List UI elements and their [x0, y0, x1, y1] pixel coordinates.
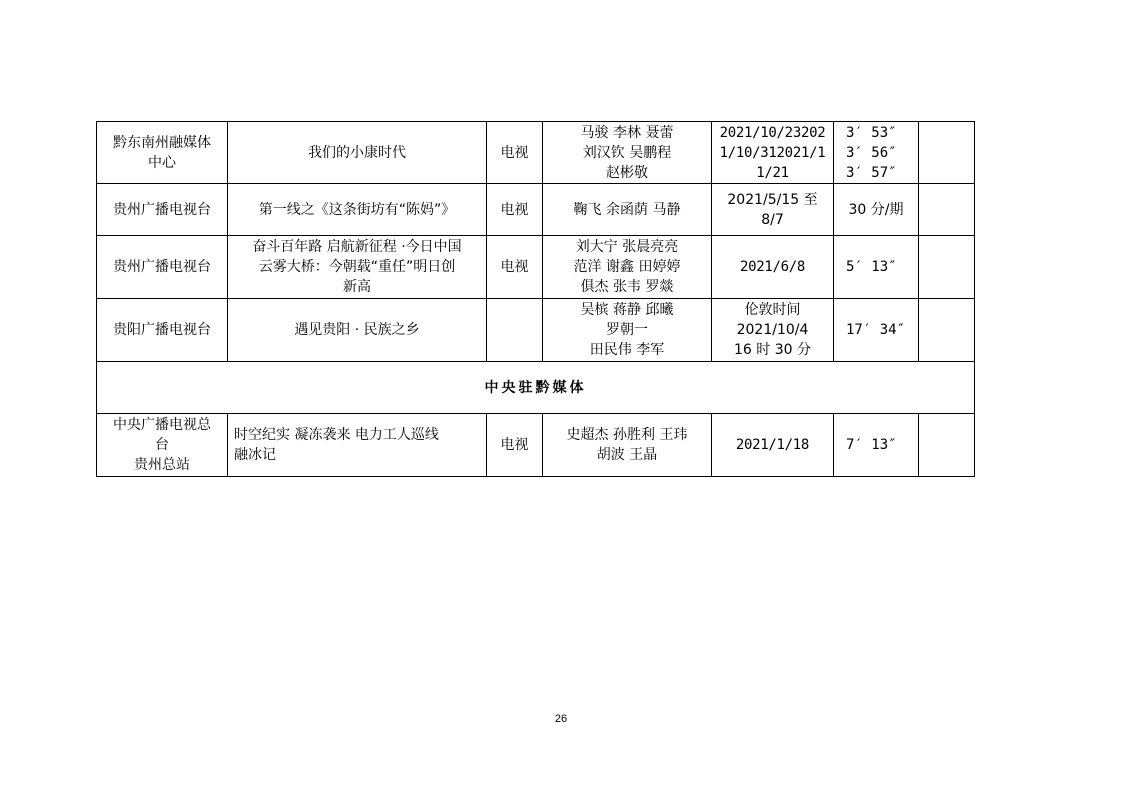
unit-cell: 黔东南州融媒体 中心: [97, 122, 228, 184]
page-number: 26: [0, 713, 1122, 725]
document-page: 黔东南州融媒体 中心 我们的小康时代 电视 马骏 李林 聂蕾 刘汉钦 吴鹏程 赵…: [0, 0, 1122, 793]
title-cell: 遇见贵阳 · 民族之乡: [228, 299, 487, 362]
unit-cell: 贵州广播电视台: [97, 184, 228, 236]
title-cell: 时空纪实 凝冻袭来 电力工人巡线 融冰记: [228, 414, 487, 477]
creators-cell: 鞠飞 余函荫 马静: [543, 184, 712, 236]
table-row: 黔东南州融媒体 中心 我们的小康时代 电视 马骏 李林 聂蕾 刘汉钦 吴鹏程 赵…: [97, 122, 975, 184]
unit-cell: 贵州广播电视台: [97, 236, 228, 299]
duration-cell: 5′ 13″: [834, 236, 919, 299]
duration-cell: 3′ 53″ 3′ 56″ 3′ 57″: [834, 122, 919, 184]
section-header: 中央驻黔媒体: [97, 362, 975, 414]
remark-cell: [919, 299, 975, 362]
remark-cell: [919, 122, 975, 184]
table-row: 中央广播电视总 台 贵州总站 时空纪实 凝冻袭来 电力工人巡线 融冰记 电视 史…: [97, 414, 975, 477]
category-cell: [487, 299, 543, 362]
creators-cell: 刘大宁 张晨亮亮 范洋 谢鑫 田婷婷 俱杰 张韦 罗燚: [543, 236, 712, 299]
section-header-row: 中央驻黔媒体: [97, 362, 975, 414]
table-row: 贵州广播电视台 奋斗百年路 启航新征程 ·今日中国 云雾大桥：今朝载“重任”明日…: [97, 236, 975, 299]
date-cell: 2021/1/18: [712, 414, 834, 477]
title-cell: 奋斗百年路 启航新征程 ·今日中国 云雾大桥：今朝载“重任”明日创 新高: [228, 236, 487, 299]
date-cell: 2021/6/8: [712, 236, 834, 299]
date-cell: 2021/10/23202 1/10/312021/1 1/21: [712, 122, 834, 184]
remark-cell: [919, 414, 975, 477]
unit-cell: 贵阳广播电视台: [97, 299, 228, 362]
awards-table: 黔东南州融媒体 中心 我们的小康时代 电视 马骏 李林 聂蕾 刘汉钦 吴鹏程 赵…: [96, 121, 975, 477]
creators-cell: 史超杰 孙胜利 王玮 胡波 王晶: [543, 414, 712, 477]
date-cell: 2021/5/15 至 8/7: [712, 184, 834, 236]
creators-cell: 马骏 李林 聂蕾 刘汉钦 吴鹏程 赵彬敬: [543, 122, 712, 184]
duration-cell: 17′ 34″: [834, 299, 919, 362]
remark-cell: [919, 236, 975, 299]
category-cell: 电视: [487, 122, 543, 184]
table-row: 贵州广播电视台 第一线之《这条街坊有“陈妈”》 电视 鞠飞 余函荫 马静 202…: [97, 184, 975, 236]
title-cell: 第一线之《这条街坊有“陈妈”》: [228, 184, 487, 236]
creators-cell: 吴槟 蒋静 邱曦 罗朝一 田民伟 李军: [543, 299, 712, 362]
title-cell: 我们的小康时代: [228, 122, 487, 184]
duration-cell: 30 分/期: [834, 184, 919, 236]
table-row: 贵阳广播电视台 遇见贵阳 · 民族之乡 吴槟 蒋静 邱曦 罗朝一 田民伟 李军 …: [97, 299, 975, 362]
unit-cell: 中央广播电视总 台 贵州总站: [97, 414, 228, 477]
date-cell: 伦敦时间 2021/10/4 16 时 30 分: [712, 299, 834, 362]
category-cell: 电视: [487, 414, 543, 477]
category-cell: 电视: [487, 184, 543, 236]
remark-cell: [919, 184, 975, 236]
category-cell: 电视: [487, 236, 543, 299]
duration-cell: 7′ 13″: [834, 414, 919, 477]
